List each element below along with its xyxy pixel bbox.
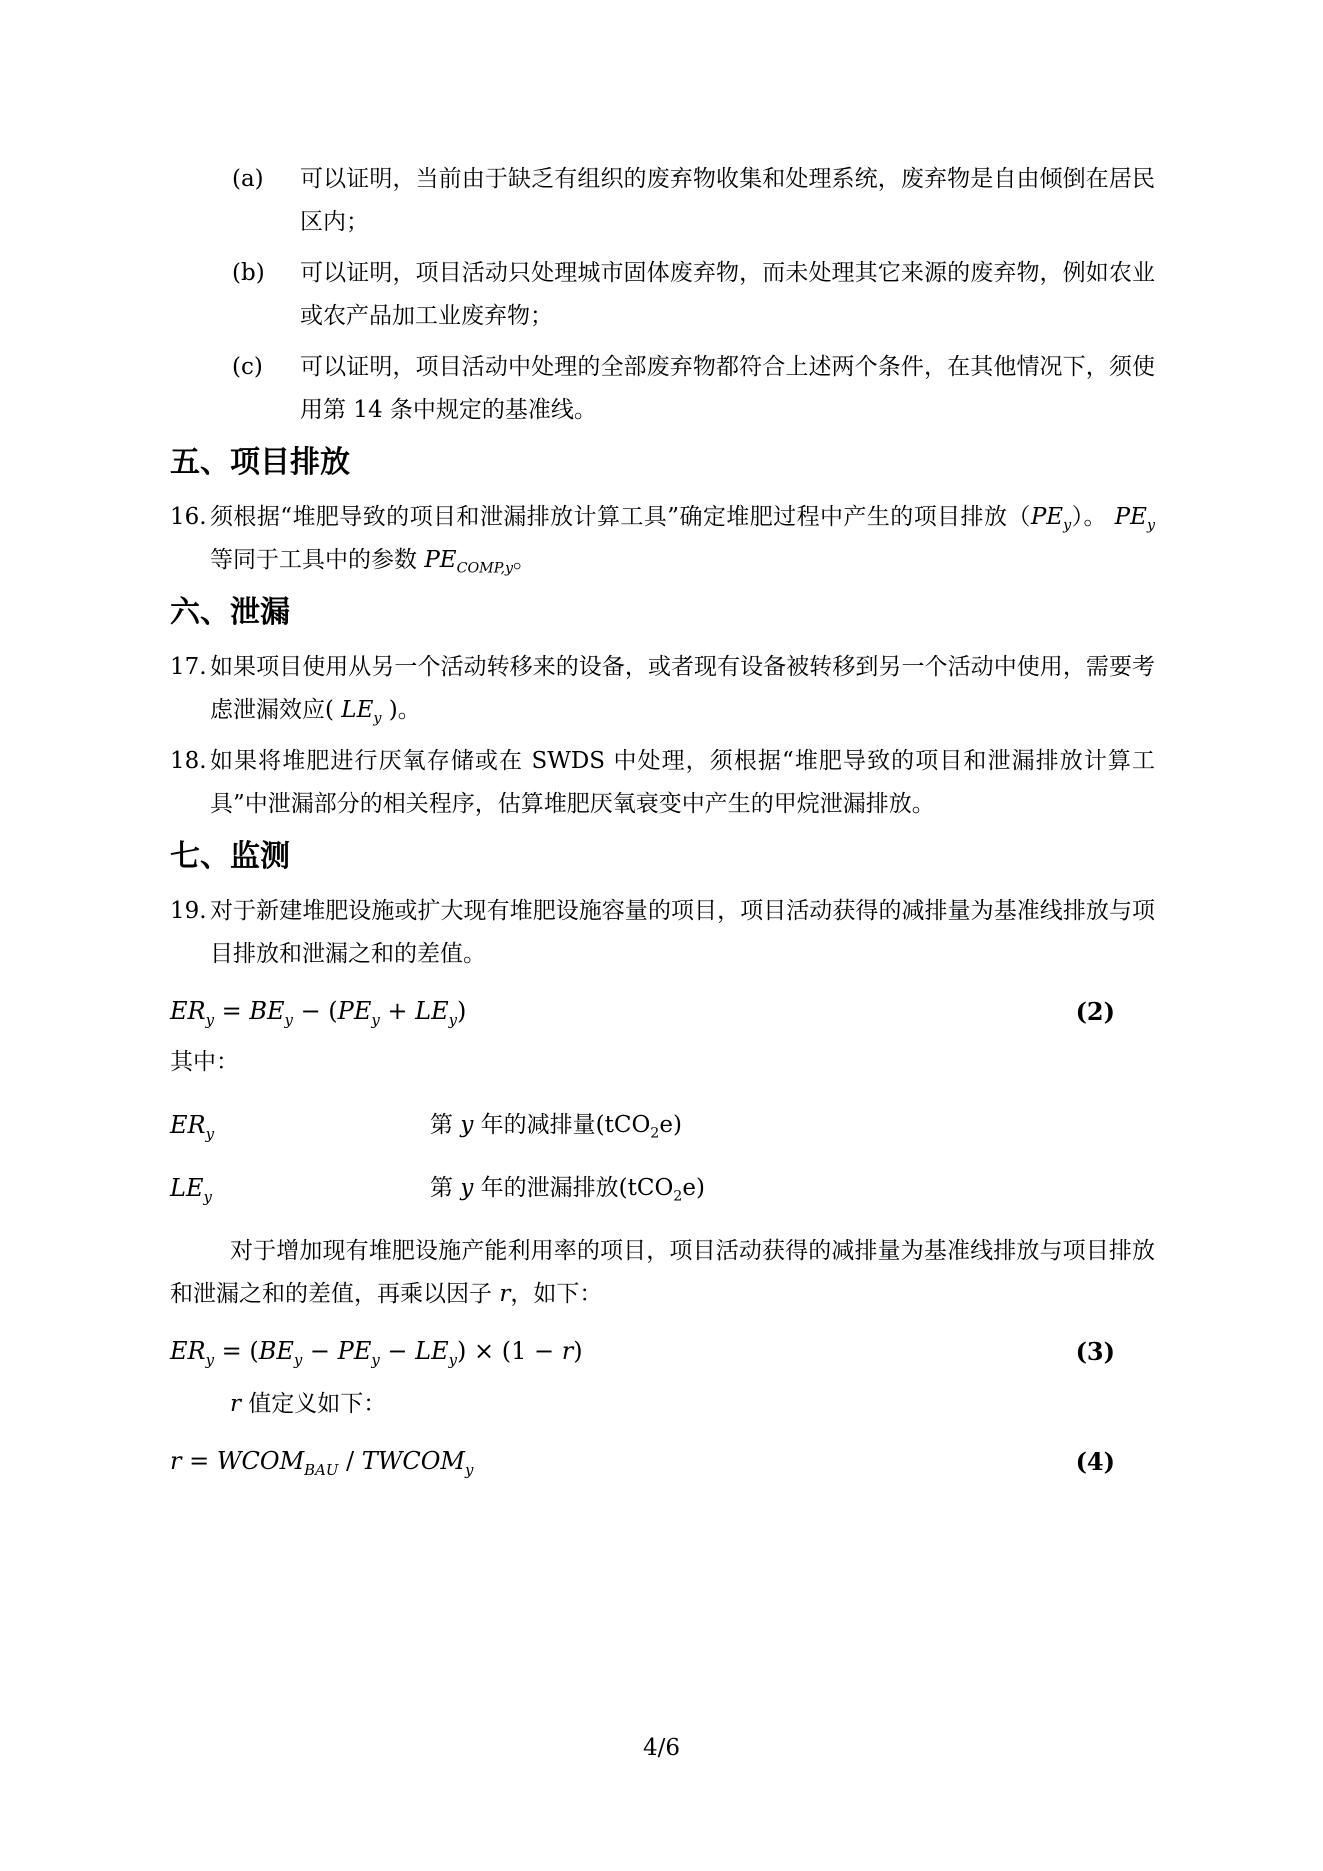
document-content: (a) 可以证明，当前由于缺乏有组织的废弃物收集和处理系统，废弃物是自由倾倒在居… [170,0,1155,1483]
page-number: 4/6 [0,1727,1323,1770]
item-16-text: 须根据“堆肥导致的项目和泄漏排放计算工具”确定堆肥过程中产生的项目排放（PEy）… [210,496,1155,582]
list-item-c-text: 可以证明，项目活动中处理的全部废弃物都符合上述两个条件，在其他情况下，须使用第 … [300,346,1155,432]
equation-3: ERy = (BEy − PEy − LEy) × (1 − r) (3) [170,1330,1155,1373]
equation-4: r = WCOMBAU / TWCOMy (4) [170,1440,1155,1483]
list-item-b-label: (b) [232,252,300,338]
numbered-item-16: 16. 须根据“堆肥导致的项目和泄漏排放计算工具”确定堆肥过程中产生的项目排放（… [170,496,1155,582]
equation-2-body: ERy = BEy − (PEy + LEy) [170,997,466,1025]
item-17-number: 17. [170,646,210,732]
equation-3-number: (3) [1076,1330,1115,1373]
item-18-number: 18. [170,740,210,826]
list-item-a-text: 可以证明，当前由于缺乏有组织的废弃物收集和处理系统，废弃物是自由倾倒在居民区内； [300,158,1155,244]
list-item-b-text: 可以证明，项目活动只处理城市固体废弃物，而未处理其它来源的废弃物，例如农业或农产… [300,252,1155,338]
definition-row-ley: LEy 第 y 年的泄漏排放(tCO2e) [170,1167,1155,1210]
where-label: 其中： [170,1041,1155,1084]
equation-3-body: ERy = (BEy − PEy − LEy) × (1 − r) [170,1337,583,1365]
numbered-item-19: 19. 对于新建堆肥设施或扩大现有堆肥设施容量的项目，项目活动获得的减排量为基准… [170,890,1155,976]
list-item-b: (b) 可以证明，项目活动只处理城市固体废弃物，而未处理其它来源的废弃物，例如农… [170,252,1155,338]
definition-text-ery: 第 y 年的减排量(tCO2e) [430,1104,1155,1147]
equation-2-number: (2) [1076,990,1115,1033]
equation-4-number: (4) [1076,1440,1115,1483]
item-18-text: 如果将堆肥进行厌氧存储或在 SWDS 中处理，须根据“堆肥导致的项目和泄漏排放计… [210,740,1155,826]
list-item-a-label: (a) [232,158,300,244]
section-heading-project-emissions: 五、项目排放 [170,440,1155,486]
numbered-item-17: 17. 如果项目使用从另一个活动转移来的设备，或者现有设备被转移到另一个活动中使… [170,646,1155,732]
item-19-text: 对于新建堆肥设施或扩大现有堆肥设施容量的项目，项目活动获得的减排量为基准线排放与… [210,890,1155,976]
equation-4-body: r = WCOMBAU / TWCOMy [170,1447,473,1475]
item-16-number: 16. [170,496,210,582]
document-page: (a) 可以证明，当前由于缺乏有组织的废弃物收集和处理系统，废弃物是自由倾倒在居… [0,0,1323,1871]
definition-term-ery: ERy [170,1104,430,1147]
item-17-text: 如果项目使用从另一个活动转移来的设备，或者现有设备被转移到另一个活动中使用，需要… [210,646,1155,732]
equation-2: ERy = BEy − (PEy + LEy) (2) [170,990,1155,1033]
list-item-c: (c) 可以证明，项目活动中处理的全部废弃物都符合上述两个条件，在其他情况下，须… [170,346,1155,432]
r-definition-label: r 值定义如下： [230,1383,1155,1426]
list-item-c-label: (c) [232,346,300,432]
definition-row-ery: ERy 第 y 年的减排量(tCO2e) [170,1104,1155,1147]
numbered-item-18: 18. 如果将堆肥进行厌氧存储或在 SWDS 中处理，须根据“堆肥导致的项目和泄… [170,740,1155,826]
definition-term-ley: LEy [170,1167,430,1210]
paragraph-capacity-factor: 对于增加现有堆肥设施产能利用率的项目，项目活动获得的减排量为基准线排放与项目排放… [170,1230,1155,1316]
item-19-number: 19. [170,890,210,976]
definition-text-ley: 第 y 年的泄漏排放(tCO2e) [430,1167,1155,1210]
list-item-a: (a) 可以证明，当前由于缺乏有组织的废弃物收集和处理系统，废弃物是自由倾倒在居… [170,158,1155,244]
section-heading-monitoring: 七、监测 [170,834,1155,880]
section-heading-leakage: 六、泄漏 [170,590,1155,636]
